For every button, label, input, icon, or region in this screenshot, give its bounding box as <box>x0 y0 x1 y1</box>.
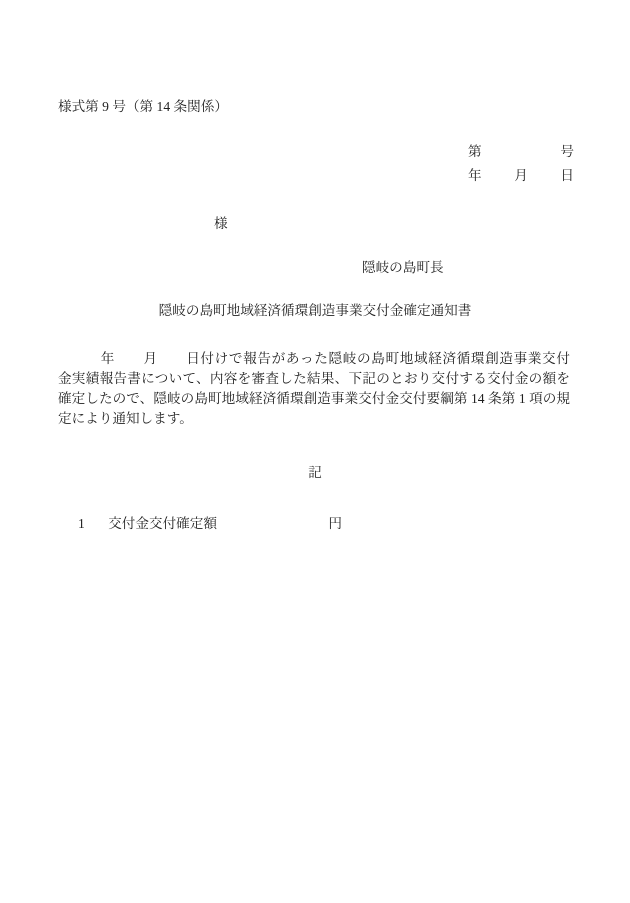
date-line: 年 月 日 <box>468 164 574 184</box>
date-day-label: 日 <box>560 164 574 184</box>
record-marker: 記 <box>0 461 630 481</box>
body-paragraph: 年 月 日付けで報告があった隠岐の島町地域経済循環創造事業交付 金実績報告書につ… <box>58 349 570 429</box>
doc-number-prefix: 第 <box>468 140 482 160</box>
item-unit: 円 <box>328 516 342 531</box>
sender-title: 隠岐の島町長 <box>362 256 444 276</box>
date-year-label: 年 <box>468 164 482 184</box>
date-month-label: 月 <box>514 164 528 184</box>
addressee-honorific: 様 <box>214 212 228 232</box>
item-line: 1 交付金交付確定額 円 <box>58 512 342 532</box>
doc-number-line: 第 号 <box>468 140 574 160</box>
doc-number-suffix: 号 <box>560 140 574 160</box>
body-line-1: 年 月 日付けで報告があった隠岐の島町地域経済循環創造事業交付 <box>58 349 570 369</box>
body-line-4: 定により通知します。 <box>58 409 570 429</box>
form-number: 様式第 9 号（第 14 条関係） <box>58 95 228 115</box>
document-page: 様式第 9 号（第 14 条関係） 第 号 年 月 日 様 隠岐の島町長 隠岐の… <box>0 0 630 903</box>
document-title: 隠岐の島町地域経済循環創造事業交付金確定通知書 <box>0 299 630 319</box>
body-line-2: 金実績報告書について、内容を審査した結果、下記のとおり交付する交付金の額を <box>58 369 570 389</box>
item-number: 1 <box>78 516 85 531</box>
body-line-3: 確定したので、隠岐の島町地域経済循環創造事業交付金交付要綱第 14 条第 1 項… <box>58 389 570 409</box>
item-label: 交付金交付確定額 <box>108 516 217 531</box>
